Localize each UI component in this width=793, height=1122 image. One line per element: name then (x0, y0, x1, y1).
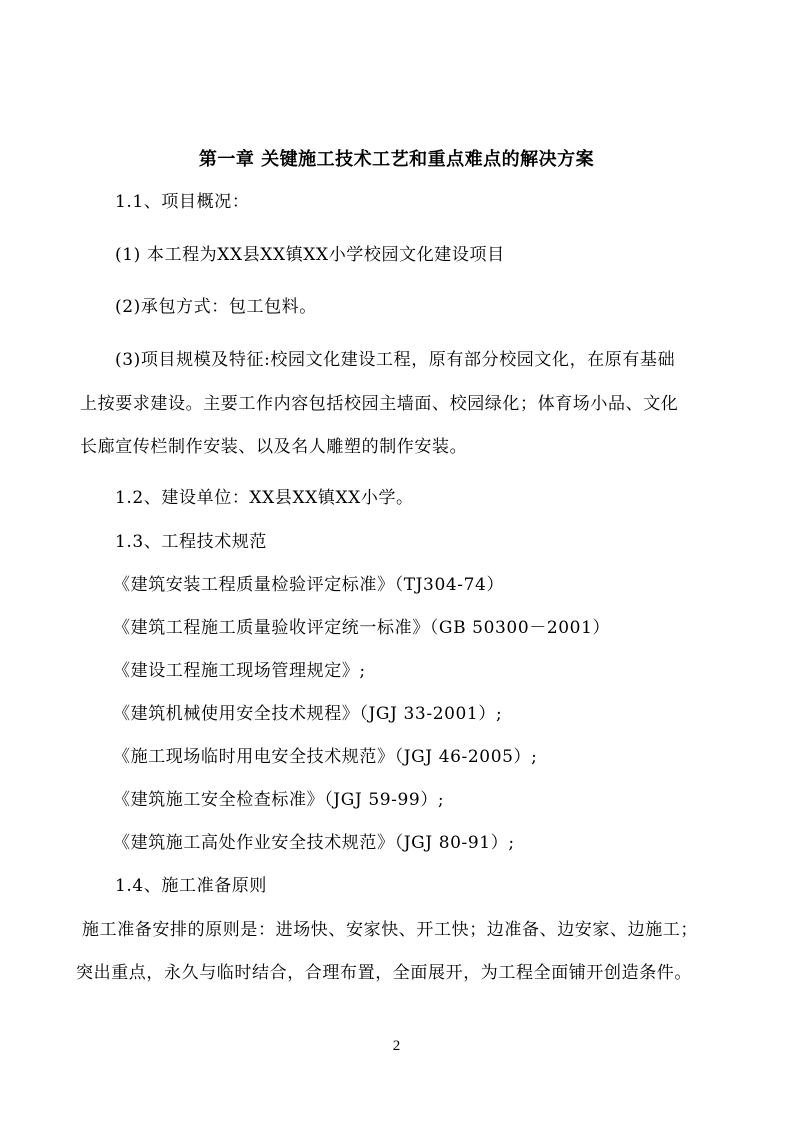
section-1-3-heading: 1.3、工程技术规范 (115, 532, 267, 552)
standard-item: 《建筑机械使用安全技术规程》（JGJ 33-2001）; (113, 704, 502, 724)
project-item-3-line-3: 长廊宣传栏制作安装、以及名人雕塑的制作安装。 (80, 437, 467, 457)
project-item-3-line-2: 上按要求建设。主要工作内容包括校园主墙面、校园绿化；体育场小品、文化 (80, 394, 678, 414)
standard-item: 《建设工程施工现场管理规定》; (113, 661, 366, 681)
document-page: 第一章 关键施工技术工艺和重点难点的解决方案 1.1、项目概况： (1) 本工程… (0, 0, 793, 1122)
section-1-4-body-line-2: 突出重点，永久与临时结合，合理布置，全面展开，为工程全面铺开创造条件。 (76, 963, 692, 983)
page-number: 2 (0, 1037, 793, 1055)
project-item-2: (2)承包方式：包工包料。 (115, 297, 317, 317)
project-item-3-line-1: (3)项目规模及特征:校园文化建设工程，原有部分校园文化，在原有基础 (115, 350, 675, 370)
project-item-1: (1) 本工程为XX县XX镇XX小学校园文化建设项目 (115, 245, 505, 265)
section-1-4-heading: 1.4、施工准备原则 (115, 876, 267, 896)
section-1-1-heading: 1.1、项目概况： (115, 192, 249, 212)
standard-item: 《建筑安装工程质量检验评定标准》（TJ304-74） (113, 575, 504, 595)
section-1-4-body-line-1: 施工准备安排的原则是：进场快、安家快、开工快；边准备、边安家、边施工； (82, 920, 698, 940)
standard-item: 《建筑工程施工质量验收评定统一标准》（GB 50300－2001） (113, 618, 610, 638)
chapter-title: 第一章 关键施工技术工艺和重点难点的解决方案 (0, 149, 793, 171)
standard-item: 《建筑施工安全检查标准》（JGJ 59-99）; (113, 790, 444, 810)
standard-item: 《建筑施工高处作业安全技术规范》（JGJ 80-91）; (113, 833, 515, 853)
standard-item: 《施工现场临时用电安全技术规范》（JGJ 46-2005）; (113, 747, 537, 767)
section-1-2-heading: 1.2、建设单位：XX县XX镇XX小学。 (115, 488, 414, 508)
